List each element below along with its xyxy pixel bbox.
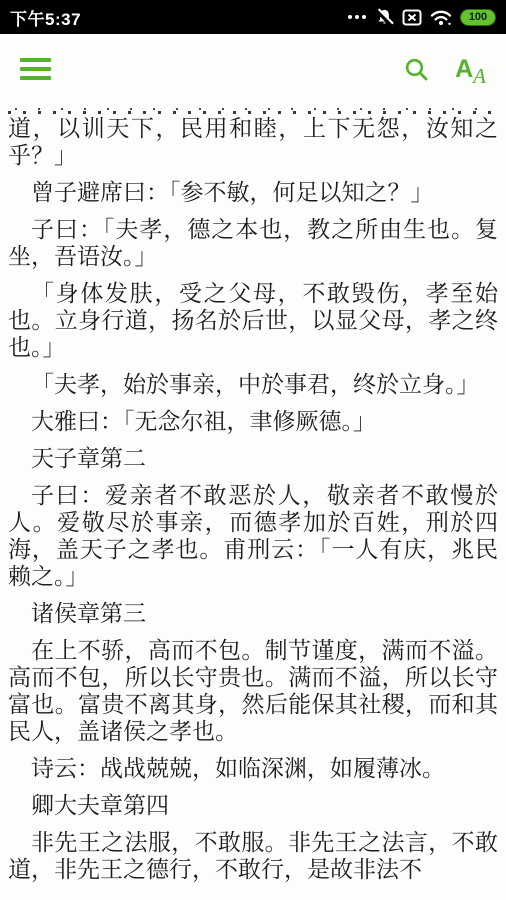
mute-bell-icon <box>375 8 394 27</box>
notification-overflow-icon <box>347 14 367 20</box>
status-icon-group: 100 <box>347 8 496 27</box>
font-size-icon: A <box>455 57 473 82</box>
menu-button[interactable] <box>20 58 51 80</box>
search-button[interactable] <box>404 57 429 82</box>
paragraph: 非先王之法服，不敢服。非先王之法言，不敢道，非先王之德行，不敢行，是故非法不 <box>8 830 498 884</box>
paragraph: 「身体发肤，受之父母，不敢毁伤，孝至始也。立身行道，扬名於后世，以显父母，孝之终… <box>8 281 498 362</box>
paragraph: 子曰：「夫孝，德之本也，教之所由生也。复坐，吾语汝。」 <box>8 217 498 271</box>
paragraph: 「夫孝，始於事亲，中於事君，终於立身。」 <box>8 372 498 399</box>
battery-percent: 100 <box>469 12 487 23</box>
paragraph: 道，以训天下，民用和睦，上下无怨，汝知之乎？」 <box>8 116 498 170</box>
status-bar: 下午5:37 100 <box>0 0 506 34</box>
chapter-heading: 卿大夫章第四 <box>8 793 498 820</box>
hamburger-icon <box>20 58 51 62</box>
toolbar: AA <box>0 34 506 104</box>
paragraph: 子曰：爱亲者不敢恶於人，敬亲者不敢慢於人。爱敬尽於事亲，而德孝加於百姓，刑於四海… <box>8 483 498 591</box>
battery-icon: 100 <box>460 9 496 26</box>
font-size-button[interactable]: AA <box>455 57 486 82</box>
paragraph-list: 道，以训天下，民用和睦，上下无怨，汝知之乎？」曾子避席曰：「参不敏，何足以知之？… <box>8 116 498 884</box>
search-icon <box>404 57 429 82</box>
clock: 下午5:37 <box>10 5 81 30</box>
chapter-heading: 诸侯章第三 <box>8 601 498 628</box>
clipped-previous-line <box>8 104 493 114</box>
chapter-heading: 天子章第二 <box>8 446 498 473</box>
paragraph: 在上不骄，高而不包。制节谨度，满而不溢。高而不包，所以长守贵也。满而不溢，所以长… <box>8 638 498 746</box>
paragraph: 大雅曰：「无念尔祖，聿修厥德。」 <box>8 409 498 436</box>
app-screen: { "status_bar": { "time": "下午5:37", "bat… <box>0 0 506 900</box>
wifi-icon <box>430 9 452 26</box>
reader-content[interactable]: 道，以训天下，民用和睦，上下无怨，汝知之乎？」曾子避席曰：「参不敏，何足以知之？… <box>0 104 506 900</box>
paragraph: 诗云：战战兢兢，如临深渊，如履薄冰。 <box>8 756 498 783</box>
paragraph: 曾子避席曰：「参不敏，何足以知之？」 <box>8 180 498 207</box>
no-sim-icon <box>402 9 422 26</box>
